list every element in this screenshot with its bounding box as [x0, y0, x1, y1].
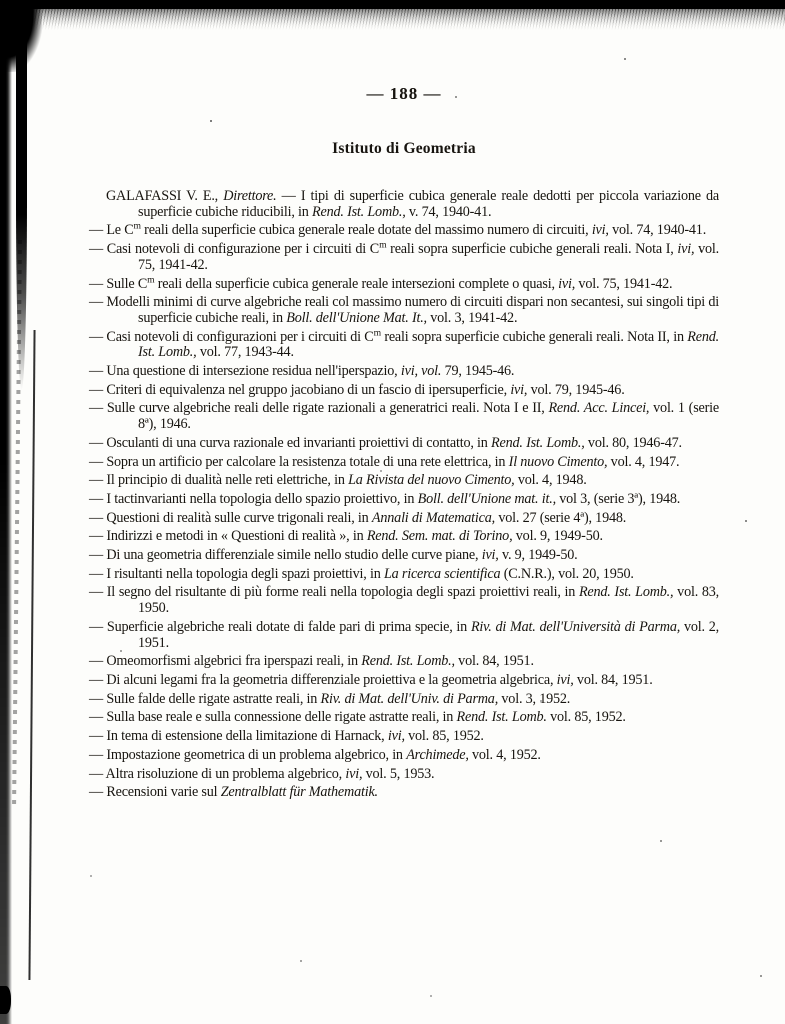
entry-text: vol. 9, 1949-50. — [512, 528, 602, 544]
entry-italic-text: La ricerca scientifica — [384, 566, 500, 582]
entry-text: — Il segno del risultante di più forme r… — [89, 584, 579, 600]
bibliography-entry: — In tema di estensione della limitazion… — [89, 729, 719, 745]
entry-text: vol. 4, 1952. — [469, 747, 541, 763]
bibliography-entry: — Superficie algebriche reali dotate di … — [89, 620, 719, 651]
entry-italic-text: Riv. di Mat. dell'Università di Parma, — [471, 619, 680, 635]
bibliography-entry: — Il segno del risultante di più forme r… — [89, 585, 719, 616]
entry-text: — Casi notevoli di configurazioni per i … — [89, 329, 374, 345]
entry-italic-text: Rend. Ist. Lomb., — [491, 435, 585, 451]
entry-text: reali sopra superficie cubiche generali … — [386, 241, 677, 257]
scan-artifact-bleed-marks — [12, 240, 22, 810]
bibliography-entry: — Osculanti di una curva razionale ed in… — [89, 436, 719, 452]
entry-text: — Superficie algebriche reali dotate di … — [89, 619, 471, 635]
entry-text: — Omeomorfismi algebrici fra iperspazi r… — [89, 653, 361, 669]
entry-text: vol. 84, 1951. — [574, 672, 653, 688]
entry-italic-text: Archimede, — [406, 747, 468, 763]
page-content: — 188 — Istituto di Geometria GALAFASSI … — [89, 0, 719, 804]
entry-text: vol. 4, 1948. — [514, 472, 586, 488]
entry-text: reali della superficie cubica generale r… — [141, 222, 592, 238]
entry-italic-text: ivi, — [510, 382, 527, 398]
entry-text: — Sulle C — [89, 276, 147, 292]
bibliography-entry: — Sulle falde delle rigate astratte real… — [89, 692, 719, 708]
bibliography-entry: — Di alcuni legami fra la geometria diff… — [89, 673, 719, 689]
entry-text: reali sopra superficie cubiche generali … — [381, 329, 687, 345]
entry-italic-text: Rend. Ist. Lomb., — [312, 204, 406, 220]
bibliography-entry: — Questioni di realità sulle curve trigo… — [89, 511, 719, 527]
bibliography-entry: — Di una geometria differenziale simile … — [89, 548, 719, 564]
entry-italic-text: Il nuovo Cimento, — [509, 454, 608, 470]
entry-italic-text: Boll. dell'Unione mat. it., — [418, 491, 556, 507]
entry-text: — Di alcuni legami fra la geometria diff… — [89, 672, 557, 688]
entry-text: v. 74, 1940-41. — [406, 204, 492, 220]
entry-text: — Casi notevoli di configurazione per i … — [89, 241, 379, 257]
entry-italic-text: Rend. Sem. mat. di Torino, — [367, 528, 513, 544]
entry-text: vol. 4, 1947. — [607, 454, 679, 470]
entry-text: — Sulle curve algebriche reali delle rig… — [89, 400, 548, 416]
entry-text: vol. 5, 1953. — [362, 766, 434, 782]
entry-text: — I risultanti nella topologia degli spa… — [89, 566, 384, 582]
entry-text: vol. 3, 1941-42. — [427, 310, 517, 326]
entry-text: — Di una geometria differenziale simile … — [89, 547, 482, 563]
entry-text: vol. 80, 1946-47. — [585, 435, 682, 451]
bibliography-entry: — Indirizzi e metodi in « Questioni di r… — [89, 529, 719, 545]
entry-text: — I tactinvarianti nella topologia dello… — [89, 491, 418, 507]
entry-italic-text: Zentralblatt für Mathematik. — [221, 784, 378, 800]
entry-text: — Le C — [89, 222, 134, 238]
entry-text: vol. 74, 1940-41. — [609, 222, 706, 238]
bibliography-entry: — Sulla base reale e sulla connessione d… — [89, 710, 719, 726]
entry-text: vol. 85, 1952. — [547, 709, 626, 725]
bibliography-entry: — Sulle curve algebriche reali delle rig… — [89, 401, 719, 432]
entry-text: — Sulle falde delle rigate astratte real… — [89, 691, 321, 707]
entry-text: vol. 3, 1952. — [498, 691, 570, 707]
scan-artifact-left-line — [28, 330, 35, 980]
entry-italic-text: Riv. di Mat. dell'Univ. di Parma, — [321, 691, 499, 707]
entry-text: vol. 27 (serie 4ª), 1948. — [495, 510, 626, 526]
scan-artifact-left-streak — [16, 0, 27, 390]
entry-text: vol. 85, 1952. — [405, 728, 484, 744]
bibliography-entry: GALAFASSI V. E., Direttore. — I tipi di … — [89, 189, 719, 220]
entry-italic-text: Rend. Acc. Lincei, — [548, 400, 649, 416]
entry-italic-text: Rend. Ist. Lomb. — [457, 709, 547, 725]
entry-text: reali della superficie cubica generale r… — [154, 276, 558, 292]
bibliography-entry: — I risultanti nella topologia degli spa… — [89, 567, 719, 583]
bibliography-entry: — Una questione di intersezione residua … — [89, 364, 719, 380]
entry-text: — Recensioni varie sul — [89, 784, 221, 800]
entry-italic-text: ivi, — [558, 276, 575, 292]
entry-text: vol. 77, 1943-44. — [197, 344, 294, 360]
entry-text: vol. 79, 1945-46. — [527, 382, 624, 398]
entry-italic-text: ivi, — [592, 222, 609, 238]
entry-text: GALAFASSI V. E., — [106, 188, 223, 204]
entry-italic-text: Rend. Ist. Lomb., — [579, 584, 673, 600]
bibliography-entry: — Omeomorfismi algebrici fra iperspazi r… — [89, 654, 719, 670]
entry-text: — Indirizzi e metodi in « Questioni di r… — [89, 528, 367, 544]
entry-italic-text: La Rivista del nuovo Cimento, — [348, 472, 514, 488]
entry-text: — Altra risoluzione di un problema algeb… — [89, 766, 345, 782]
entry-italic-text: Direttore. — [223, 188, 276, 204]
bibliography-entry: — Recensioni varie sul Zentralblatt für … — [89, 785, 719, 801]
bibliography-entry: — Casi notevoli di configurazione per i … — [89, 242, 719, 273]
entry-italic-text: Rend. Ist. Lomb., — [361, 653, 455, 669]
bibliography-entry: — Sulle Cm reali della superficie cubica… — [89, 277, 719, 293]
entry-text: — Osculanti di una curva razionale ed in… — [89, 435, 491, 451]
entry-italic-text: ivi, — [388, 728, 405, 744]
bibliography-list: GALAFASSI V. E., Direttore. — I tipi di … — [89, 189, 719, 801]
entry-text: v. 9, 1949-50. — [499, 547, 578, 563]
entry-superscript: m — [134, 221, 141, 232]
entry-text: — Impostazione geometrica di un problema… — [89, 747, 406, 763]
page-number: — 188 — — [89, 84, 719, 104]
bibliography-entry: — Sopra un artificio per calcolare la re… — [89, 455, 719, 471]
entry-text: 79, 1945-46. — [441, 363, 514, 379]
entry-italic-text: ivi, — [557, 672, 574, 688]
bibliography-entry: — Modelli minimi di curve algebriche rea… — [89, 295, 719, 326]
entry-text: — Sopra un artificio per calcolare la re… — [89, 454, 509, 470]
scan-artifact-left-binding — [0, 0, 12, 1024]
entry-text: — Criteri di equivalenza nel gruppo jaco… — [89, 382, 510, 398]
entry-italic-text: ivi, — [677, 241, 694, 257]
entry-italic-text: ivi, — [482, 547, 499, 563]
entry-text: (C.N.R.), vol. 20, 1950. — [500, 566, 633, 582]
bibliography-entry: — Il principio di dualità nelle reti ele… — [89, 473, 719, 489]
entry-italic-text: Annali di Matematica, — [372, 510, 495, 526]
entry-text: vol. 84, 1951. — [455, 653, 534, 669]
scan-artifact-speckles — [0, 0, 2, 2]
bibliography-entry: — Le Cm reali della superficie cubica ge… — [89, 223, 719, 239]
bibliography-entry: — Impostazione geometrica di un problema… — [89, 748, 719, 764]
entry-text: — Sulla base reale e sulla connessione d… — [89, 709, 457, 725]
entry-text: — Il principio di dualità nelle reti ele… — [89, 472, 348, 488]
bibliography-entry: — Altra risoluzione di un problema algeb… — [89, 767, 719, 783]
section-title: Istituto di Geometria — [89, 140, 719, 158]
entry-text: — Una questione di intersezione residua … — [89, 363, 401, 379]
entry-text: — Questioni di realità sulle curve trigo… — [89, 510, 372, 526]
entry-text: — In tema di estensione della limitazion… — [89, 728, 388, 744]
bibliography-entry: — Casi notevoli di configurazioni per i … — [89, 330, 719, 361]
entry-text: vol 3, (serie 3ª), 1948. — [556, 491, 680, 507]
entry-superscript: m — [374, 327, 381, 338]
scan-artifact-bottom-patch — [0, 986, 11, 1014]
scan-artifact-corner-blob — [0, 0, 42, 72]
bibliography-entry: — Criteri di equivalenza nel gruppo jaco… — [89, 383, 719, 399]
bibliography-entry: — I tactinvarianti nella topologia dello… — [89, 492, 719, 508]
entry-italic-text: ivi, — [345, 766, 362, 782]
entry-italic-text: Boll. dell'Unione Mat. It., — [286, 310, 427, 326]
entry-text: vol. 75, 1941-42. — [575, 276, 672, 292]
entry-italic-text: ivi, vol. — [401, 363, 441, 379]
